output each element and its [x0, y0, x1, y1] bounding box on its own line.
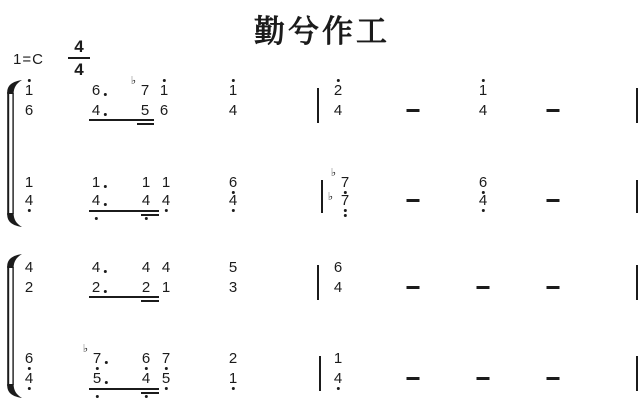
- note-lower: 4: [162, 194, 170, 208]
- bracket-stroke: [7, 266, 9, 386]
- note-upper: 1: [25, 84, 33, 98]
- augmentation-dot: [104, 185, 107, 188]
- octave-dot: [232, 209, 235, 212]
- dash-continuation: [477, 377, 490, 380]
- dash-continuation: [547, 377, 560, 380]
- octave-dot: [232, 79, 235, 82]
- bracket-stroke: [7, 213, 22, 227]
- note-lower: 4: [142, 372, 150, 386]
- note-lower: 4: [25, 372, 33, 386]
- dash-continuation: [407, 286, 420, 289]
- note-lower: 5: [141, 104, 149, 118]
- beam-line: [141, 392, 159, 394]
- octave-dot: [344, 214, 347, 217]
- note-upper: 6: [334, 261, 342, 275]
- note-upper: 7: [162, 352, 170, 366]
- octave-dot: [482, 79, 485, 82]
- note-upper: 6: [479, 176, 487, 190]
- note-lower: 4: [334, 104, 342, 118]
- beam-line: [141, 214, 159, 216]
- note-lower: 2: [142, 281, 150, 295]
- augmentation-dot: [104, 93, 107, 96]
- note-lower: 4: [92, 104, 100, 118]
- note-lower: 4: [334, 372, 342, 386]
- note-lower: 4: [92, 194, 100, 208]
- note-lower: 4: [25, 194, 33, 208]
- bracket-stroke: [7, 254, 22, 268]
- note-upper: 4: [142, 261, 150, 275]
- note-lower: 7♭: [341, 194, 349, 208]
- octave-dot: [163, 79, 166, 82]
- bracket-stroke: [7, 80, 22, 94]
- flat-icon: ♭: [83, 344, 88, 355]
- sheet-music-page: 勤兮作工 1=C 4 4 16647♭51614241414141414647♭…: [0, 0, 644, 400]
- augmentation-dot: [104, 270, 107, 273]
- note-lower: 4: [229, 104, 237, 118]
- note-upper: 6: [229, 176, 237, 190]
- octave-dot: [337, 387, 340, 390]
- augmentation-dot: [104, 290, 107, 293]
- note-upper: 2: [229, 352, 237, 366]
- note-lower: 1: [229, 372, 237, 386]
- note-lower: 5: [162, 372, 170, 386]
- note-upper: 2: [334, 84, 342, 98]
- octave-dot: [482, 209, 485, 212]
- barline: [317, 88, 319, 123]
- flat-icon: ♭: [328, 192, 333, 203]
- bracket-stroke: [12, 93, 13, 214]
- note-upper: 6: [92, 84, 100, 98]
- octave-dot: [145, 217, 148, 220]
- octave-dot: [165, 209, 168, 212]
- note-upper: 7♭: [93, 352, 101, 366]
- octave-dot: [232, 387, 235, 390]
- octave-dot: [28, 209, 31, 212]
- dash-continuation: [547, 199, 560, 202]
- barline: [319, 356, 321, 391]
- octave-dot: [96, 395, 99, 398]
- flat-icon: ♭: [331, 168, 336, 179]
- bracket-stroke: [12, 267, 13, 385]
- beam-line: [137, 123, 154, 125]
- note-lower: 3: [229, 281, 237, 295]
- note-lower: 4: [229, 194, 237, 208]
- note-lower: 4: [479, 194, 487, 208]
- barline: [321, 180, 323, 213]
- augmentation-dot: [105, 361, 108, 364]
- barline: [636, 180, 638, 213]
- barline: [636, 356, 638, 391]
- note-lower: 5: [93, 372, 101, 386]
- note-upper: 7♭: [141, 84, 149, 98]
- dash-continuation: [407, 377, 420, 380]
- dash-continuation: [407, 199, 420, 202]
- note-upper: 1: [334, 352, 342, 366]
- note-lower: 6: [160, 104, 168, 118]
- beam-line: [89, 119, 154, 121]
- note-upper: 4: [92, 261, 100, 275]
- octave-dot: [344, 209, 347, 212]
- score-area: 16647♭51614241414141414647♭7♭64424242415…: [0, 0, 644, 400]
- note-lower: 4: [479, 104, 487, 118]
- augmentation-dot: [104, 113, 107, 116]
- dash-continuation: [477, 286, 490, 289]
- note-upper: 6: [25, 352, 33, 366]
- note-lower: 4: [334, 281, 342, 295]
- note-upper: 1: [479, 84, 487, 98]
- note-upper: 4: [25, 261, 33, 275]
- barline: [636, 88, 638, 123]
- note-lower: 1: [162, 281, 170, 295]
- note-upper: 1: [162, 176, 170, 190]
- note-lower: 2: [25, 281, 33, 295]
- dash-continuation: [547, 286, 560, 289]
- note-upper: 5: [229, 261, 237, 275]
- bracket-stroke: [7, 384, 22, 398]
- note-upper: 1: [142, 176, 150, 190]
- flat-icon: ♭: [131, 76, 136, 87]
- note-upper: 1: [25, 176, 33, 190]
- octave-dot: [28, 79, 31, 82]
- barline: [317, 265, 319, 300]
- barline: [636, 265, 638, 300]
- note-upper: 7♭: [341, 176, 349, 190]
- system-bracket-icon: [3, 254, 25, 398]
- octave-dot: [95, 217, 98, 220]
- note-upper: 1: [92, 176, 100, 190]
- augmentation-dot: [105, 381, 108, 384]
- augmentation-dot: [104, 203, 107, 206]
- octave-dot: [337, 79, 340, 82]
- bracket-stroke: [7, 92, 9, 215]
- octave-dot: [28, 387, 31, 390]
- note-upper: 4: [162, 261, 170, 275]
- note-lower: 4: [142, 194, 150, 208]
- note-upper: 1: [229, 84, 237, 98]
- octave-dot: [145, 395, 148, 398]
- beam-line: [89, 388, 159, 390]
- note-lower: 6: [25, 104, 33, 118]
- beam-line: [89, 296, 159, 298]
- beam-line: [89, 210, 159, 212]
- note-upper: 6: [142, 352, 150, 366]
- system-bracket-icon: [3, 80, 25, 227]
- dash-continuation: [547, 109, 560, 112]
- beam-line: [141, 300, 159, 302]
- note-lower: 2: [92, 281, 100, 295]
- dash-continuation: [407, 109, 420, 112]
- octave-dot: [165, 387, 168, 390]
- note-upper: 1: [160, 84, 168, 98]
